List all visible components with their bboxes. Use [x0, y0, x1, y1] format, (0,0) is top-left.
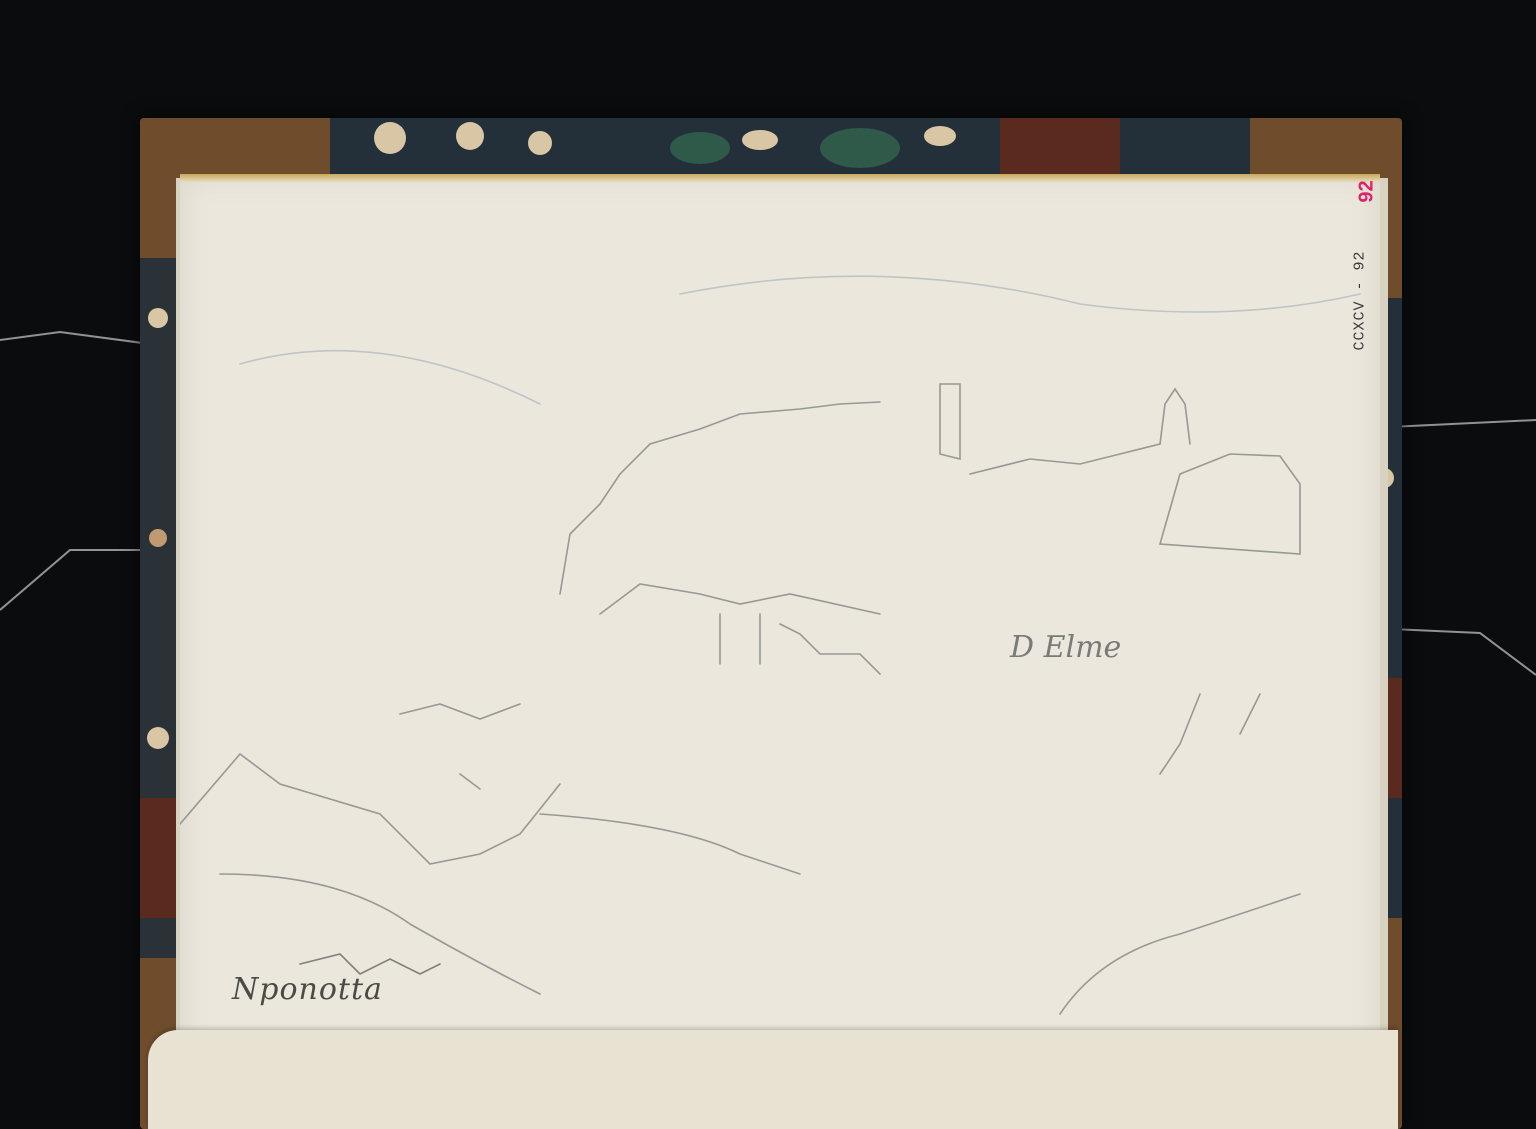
sketch-inscription: D Elme — [1010, 630, 1121, 665]
sketch-page — [180, 174, 1380, 1086]
pencil-sketch — [180, 174, 1380, 1086]
sketchbook-photo: CCXCV - 92 92 Nponotta D Elme — [0, 0, 1536, 1129]
folio-number: 92 — [1356, 180, 1379, 202]
catalog-number: CCXCV - 92 — [1340, 215, 1380, 385]
place-inscription: Nponotta — [232, 972, 383, 1007]
facing-page — [148, 1030, 1398, 1129]
